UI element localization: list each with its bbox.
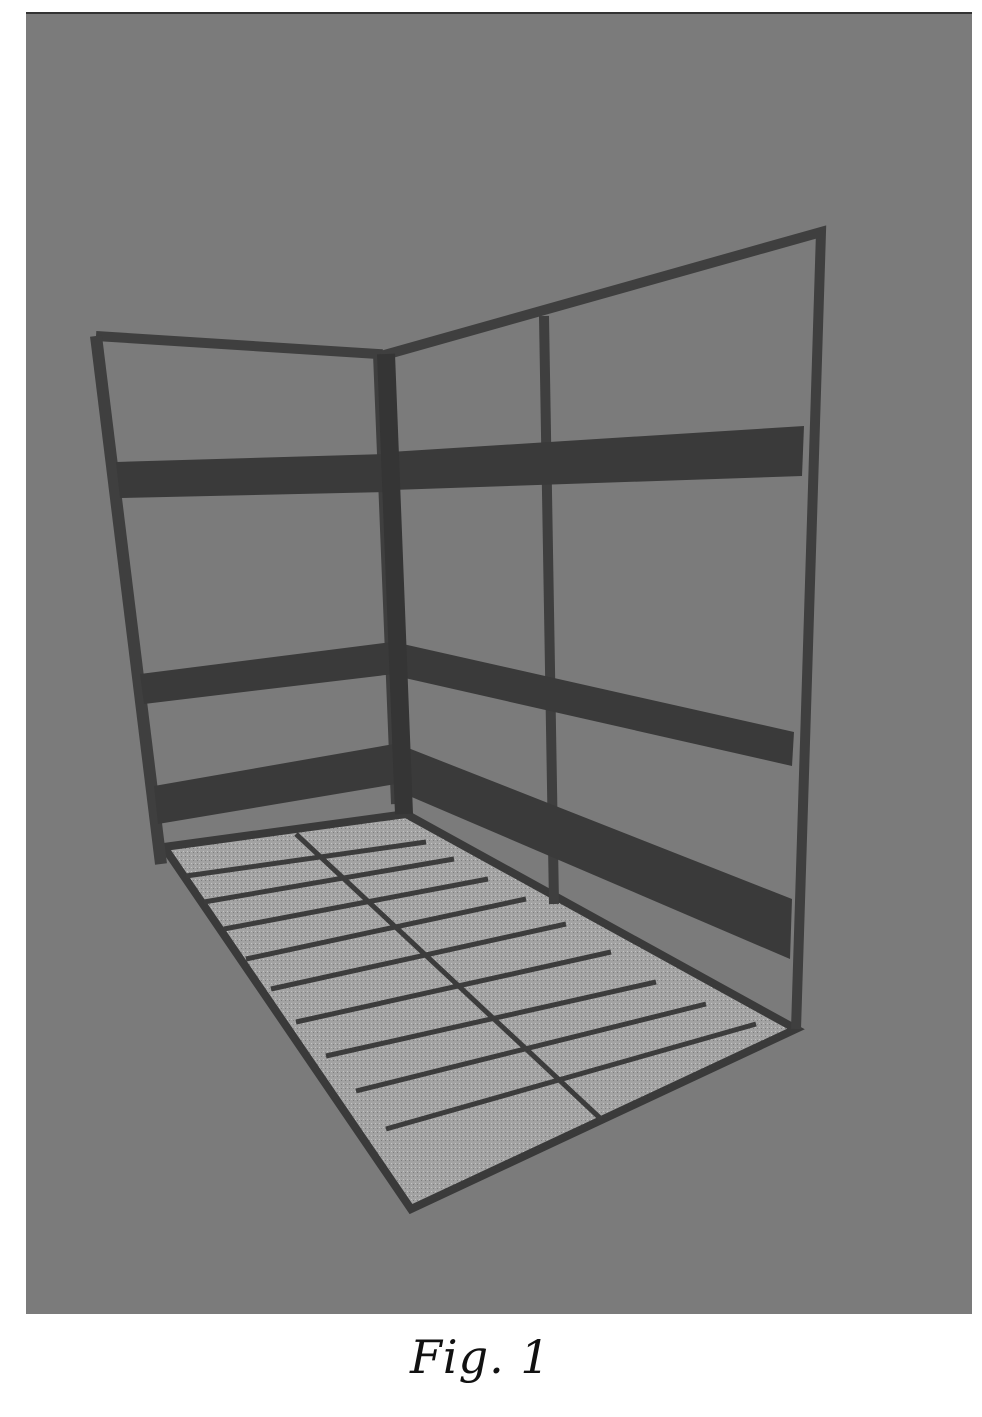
figure-caption: Fig. 1 [410,1330,551,1384]
frame-illustration [26,14,972,1314]
figure-photo [26,12,972,1314]
